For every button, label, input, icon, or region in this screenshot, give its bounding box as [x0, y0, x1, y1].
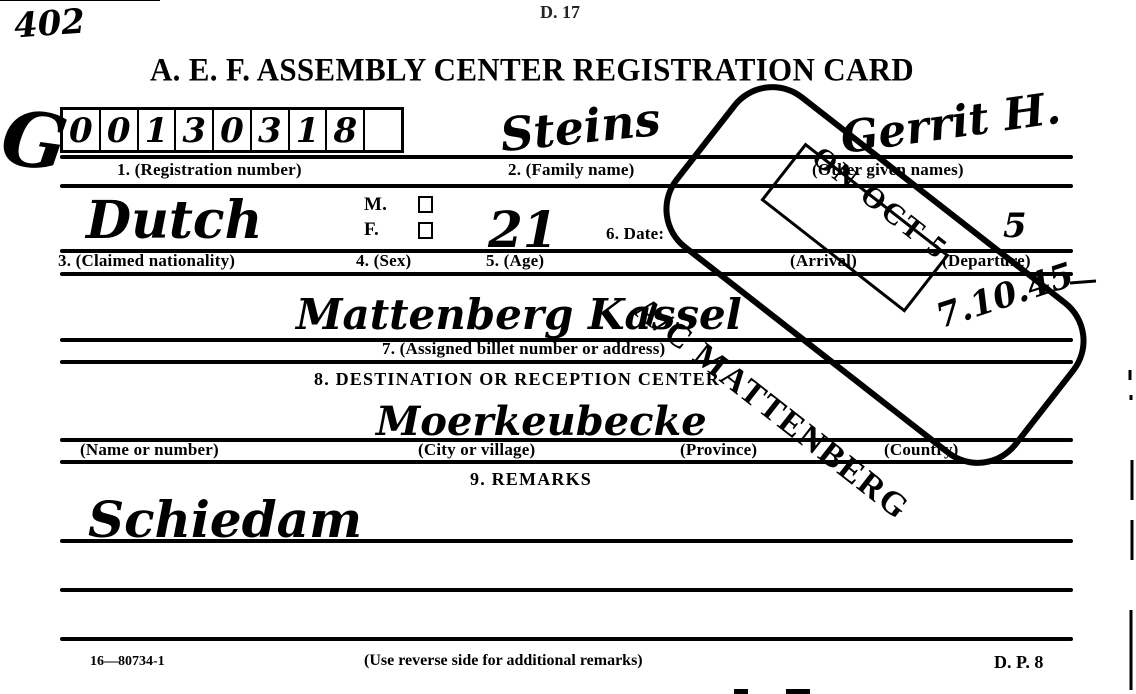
destination-name-label: (Name or number) — [80, 440, 219, 460]
registration-number-label: 1. (Registration number) — [117, 160, 302, 180]
sex-label: 4. (Sex) — [356, 251, 411, 271]
nationality-value: Dutch — [86, 190, 262, 251]
nationality-label: 3. (Claimed nationality) — [58, 251, 235, 271]
reg-digit: 8 — [327, 110, 365, 150]
sex-male-checkbox[interactable] — [418, 196, 433, 213]
arrival-label: (Arrival) — [790, 251, 857, 271]
reg-digit: 1 — [139, 110, 177, 150]
card-title: A. E. F. ASSEMBLY CENTER REGISTRATION CA… — [150, 51, 914, 89]
destination-province-label: (Province) — [680, 440, 757, 460]
rule — [60, 272, 1073, 276]
top-center-mark: D. 17 — [540, 2, 580, 23]
rule — [60, 155, 1073, 159]
reg-digit: 1 — [290, 110, 328, 150]
registration-card: 402 D. 17 G A. E. F. ASSEMBLY CENTER REG… — [0, 0, 1136, 694]
departure-date-value: 5 — [1003, 206, 1027, 246]
rule — [60, 539, 1073, 543]
date-label: 6. Date: — [606, 224, 664, 244]
rule — [60, 184, 1073, 188]
destination-city-label: (City or village) — [418, 440, 535, 460]
given-names-value: Gerrit H. — [838, 83, 1064, 164]
form-number: 16—80734-1 — [90, 654, 165, 670]
sex-female-checkbox[interactable] — [418, 222, 433, 239]
family-name-value: Steins — [498, 92, 663, 162]
remarks-heading: 9. REMARKS — [470, 469, 592, 490]
sex-female-label: F. — [364, 219, 379, 241]
reg-digit: 3 — [252, 110, 290, 150]
rule — [60, 588, 1073, 592]
reg-digit: 3 — [176, 110, 214, 150]
rule — [60, 460, 1073, 464]
departure-label: (Departure) — [942, 251, 1031, 271]
reg-digit: 0 — [101, 110, 139, 150]
form-code: D. P. 8 — [994, 652, 1043, 673]
reg-digit: 0 — [214, 110, 252, 150]
rule — [60, 360, 1073, 364]
age-label: 5. (Age) — [486, 251, 544, 271]
family-name-label: 2. (Family name) — [508, 160, 634, 180]
rule — [60, 637, 1073, 641]
destination-heading: 8. DESTINATION OR RECEPTION CENTER — [314, 369, 720, 390]
sex-male-label: M. — [364, 194, 387, 216]
billet-label: 7. (Assigned billet number or address) — [382, 339, 665, 359]
footer-note: (Use reverse side for additional remarks… — [364, 652, 643, 670]
reg-digit: 0 — [63, 110, 101, 150]
top-annotation: 402 — [13, 2, 87, 47]
registration-number-box: 0 0 1 3 0 3 1 8 — [60, 107, 404, 153]
destination-country-label: (Country) — [884, 440, 959, 460]
reg-digit — [365, 110, 401, 150]
